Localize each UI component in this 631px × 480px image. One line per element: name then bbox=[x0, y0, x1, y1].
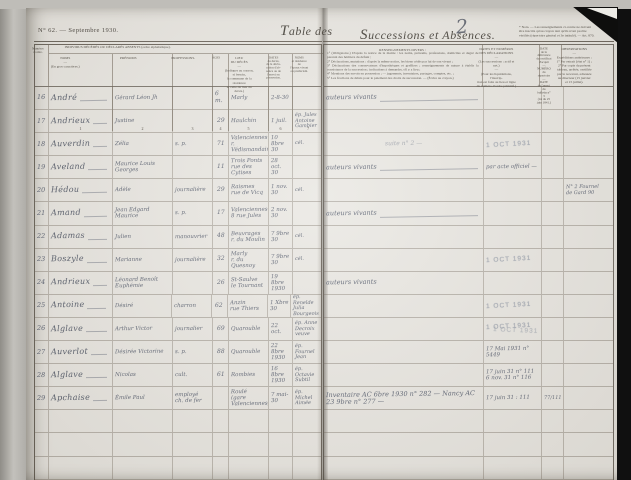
cell-date: 10 8bre 30 bbox=[269, 133, 293, 155]
name-flourish bbox=[91, 354, 107, 355]
scan-left-gutter bbox=[0, 0, 27, 480]
cell-date: 2 nov. 30 bbox=[269, 202, 293, 224]
lieu-deces: Valenciennes r. Védismandaine bbox=[231, 135, 269, 154]
cell-observations bbox=[564, 433, 613, 455]
cell-date: 7 mai-30 bbox=[269, 387, 293, 409]
cell-certificat: 77/111 bbox=[542, 387, 564, 409]
table-row: 22AdamasJulienmanouvrier48Beuvrages r. d… bbox=[35, 226, 321, 249]
cell-declarations bbox=[484, 272, 542, 294]
row-number: 25 bbox=[37, 302, 45, 309]
date-deces: 7 mai-30 bbox=[271, 392, 290, 404]
cell-lieu: Raismes rue de Vicq bbox=[229, 179, 269, 201]
cell-declarations: par acte officiel — bbox=[484, 156, 542, 178]
row-number: 23 bbox=[37, 256, 45, 263]
cell-renseignements: auteurs vivants bbox=[324, 272, 484, 294]
cell-renseignements bbox=[324, 249, 484, 271]
cell-age: 11 bbox=[213, 156, 229, 178]
declaration-note: par acte officiel — bbox=[486, 164, 537, 171]
age: 11 bbox=[217, 164, 225, 171]
cell-renseignements bbox=[324, 457, 484, 479]
cell-prenoms: Arthur Victor bbox=[113, 318, 173, 340]
conjoint: ép. Anne Decroix veuve bbox=[295, 321, 319, 338]
table-row: suite n° 2 —1 OCT 1931 bbox=[324, 133, 613, 156]
cell-lieu: Rombies bbox=[229, 364, 269, 386]
declarations-label: DATES ET NUMÉROS DES DÉCLARATIONS — (Les… bbox=[475, 47, 517, 88]
span-header-individus: INDIVIDUS DÉCÉDÉS OU DÉCLARÉS ABSENTS (o… bbox=[49, 45, 323, 54]
table-row: 18AuverdinZélias. p.71Valenciennes r. Vé… bbox=[35, 133, 321, 156]
name-flourish bbox=[93, 146, 107, 147]
col-header-observations: OBSERVATIONS — Expéditions antérieures :… bbox=[562, 45, 613, 86]
table-row bbox=[35, 410, 321, 433]
cell-age: 48 bbox=[213, 226, 229, 248]
table-row: 28AlglaveNicolascult.61Rombies16 8bre 19… bbox=[35, 364, 321, 387]
name-flourish bbox=[93, 285, 107, 286]
col-header-renseignements: RENSEIGNEMENTS DIVERS : 1° (Obligatoire.… bbox=[324, 45, 483, 86]
cell-nom: Alglave bbox=[49, 364, 113, 386]
lieu-deces: Haulchin bbox=[231, 118, 256, 124]
col-header-ages-label: ÂGES bbox=[210, 56, 221, 59]
cell-observations bbox=[564, 156, 613, 178]
date-stamp: 1 OCT 1931 bbox=[486, 301, 532, 310]
cell-numero: 29 bbox=[35, 387, 49, 409]
cell-date: 22 oct. bbox=[269, 318, 293, 340]
name-flourish bbox=[87, 308, 106, 309]
date-deces: 22 8bre 1930 bbox=[271, 343, 290, 361]
cell-declarations bbox=[484, 433, 542, 455]
col-header-conjoint-label: NOMS et résidence de l'époux vivant ou p… bbox=[288, 56, 310, 73]
cell-prenoms: Nicolas bbox=[113, 364, 173, 386]
cell-declarations bbox=[484, 202, 542, 224]
cell-renseignements bbox=[324, 179, 484, 201]
table-row: auteurs vivants bbox=[324, 272, 613, 295]
lieu-deces: Beuvrages r. du Moulin bbox=[231, 230, 265, 243]
profession: journalier bbox=[175, 326, 203, 332]
table-row bbox=[35, 433, 321, 456]
handwritten-page-number: 2 bbox=[455, 16, 469, 39]
cell-numero: 20 bbox=[35, 179, 49, 201]
col-number: 1 bbox=[65, 126, 97, 131]
cell-prenoms: Émile Paul bbox=[113, 387, 173, 409]
cell-age: 17 bbox=[213, 202, 229, 224]
col-number: 2 bbox=[128, 126, 158, 131]
cell-age bbox=[213, 410, 229, 432]
left-rows: 16AndréGérard Léon Jh6 m.Marly2-8-3017An… bbox=[35, 87, 321, 480]
cell-lieu: Valenciennes r. Védismandaine bbox=[229, 133, 269, 155]
name-flourish bbox=[88, 238, 107, 239]
table-row: 24AndrieuxLéonard Benoît Euphémie26St-Sa… bbox=[35, 272, 321, 295]
name-flourish bbox=[82, 192, 107, 193]
col-number: 4 bbox=[217, 126, 225, 131]
age: 17 bbox=[217, 210, 225, 217]
col-header-lieu-label: LIEU DU DÉCÈS — (Indiquer au crayon, si … bbox=[224, 56, 253, 93]
conjoint: ép. Renelde Julia Bourgeois bbox=[293, 295, 319, 317]
prenoms: Julien bbox=[115, 233, 131, 239]
nom: Apchaise bbox=[51, 394, 90, 403]
table-row bbox=[324, 410, 613, 433]
cell-age bbox=[213, 433, 229, 455]
cell-date: 7 9bre 30 bbox=[269, 226, 293, 248]
nom: Antoine bbox=[51, 301, 85, 310]
cell-profession: employé ch. de fer bbox=[173, 387, 213, 409]
scanned-ledger-image: N° 62. — Septembre 1930. Table des Succe… bbox=[0, 0, 631, 480]
col-header-professions: PROFESSIONS. 3 bbox=[173, 54, 213, 130]
cell-observations bbox=[564, 110, 613, 132]
cell-observations bbox=[564, 295, 613, 317]
cell-certificat bbox=[542, 410, 564, 432]
prenoms: Arthur Victor bbox=[115, 326, 152, 333]
cell-renseignements bbox=[324, 364, 484, 386]
cell-age bbox=[213, 457, 229, 479]
cell-date bbox=[269, 433, 293, 455]
table-row: 20HédouAdèlejournalière29Raismes rue de … bbox=[35, 179, 321, 202]
lieu-deces: Trois Ponts rue des Cytises bbox=[231, 158, 266, 177]
cell-profession: charron bbox=[172, 295, 212, 317]
age: 61 bbox=[217, 372, 225, 379]
nom: Auverdin bbox=[51, 140, 90, 149]
cell-prenoms: Adèle bbox=[113, 179, 173, 201]
name-flourish bbox=[84, 215, 107, 216]
cell-certificat bbox=[542, 433, 564, 455]
renseignements-note: auteurs vivants bbox=[326, 210, 377, 218]
cell-lieu: Anzin rue Thiers bbox=[228, 295, 268, 317]
prenoms: Léonard Benoît Euphémie bbox=[115, 276, 158, 289]
cell-observations: N° 2 Fournel de Gard 90 bbox=[564, 179, 613, 201]
col-number: 3 bbox=[183, 126, 203, 131]
date-deces: 28 oct. 30 bbox=[271, 158, 290, 176]
renseignements-note: suite n° 2 — bbox=[385, 141, 422, 148]
cell-nom: Boszyle bbox=[49, 249, 113, 271]
cell-observations bbox=[564, 249, 613, 271]
cell-observations bbox=[564, 387, 613, 409]
cell-date: 16 8bre 1930 bbox=[269, 364, 293, 386]
conjoint: cél. bbox=[295, 234, 304, 240]
age: 32 bbox=[217, 256, 225, 263]
cell-numero: 21 bbox=[35, 202, 49, 224]
profession: charron bbox=[174, 303, 196, 309]
cell-lieu: St-Saulve le Tournant bbox=[229, 272, 269, 294]
name-flourish bbox=[87, 262, 107, 263]
prenoms: Adèle bbox=[115, 187, 131, 193]
nom: Aveland bbox=[51, 163, 86, 172]
cell-declarations: 1 OCT 1931 bbox=[484, 133, 542, 155]
name-flourish bbox=[93, 400, 107, 401]
left-page-table: Numéros d'ordre. INDIVIDUS DÉCÉDÉS OU DÉ… bbox=[34, 44, 322, 480]
cell-prenoms bbox=[113, 433, 173, 455]
lieu-deces: Anzin rue Thiers bbox=[230, 300, 259, 312]
cell-declarations bbox=[484, 457, 542, 479]
cell-declarations: 17 Mai 1931 n° 5449 bbox=[484, 341, 542, 363]
table-row bbox=[324, 433, 613, 456]
table-row: 21AmandJean Edgard Maurices. p.17Valenci… bbox=[35, 202, 321, 225]
right-page-table: RENSEIGNEMENTS DIVERS : 1° (Obligatoire.… bbox=[323, 44, 614, 480]
lieu-deces: Marly bbox=[231, 95, 247, 101]
prenoms: Maurice Louis Georges bbox=[115, 161, 170, 174]
profession: cult. bbox=[175, 372, 187, 378]
row-number: 29 bbox=[37, 395, 45, 402]
cell-certificat bbox=[542, 249, 564, 271]
right-rows: auteurs vivantssuite n° 2 —1 OCT 1931aut… bbox=[324, 87, 613, 480]
cell-date: 22 8bre 1930 bbox=[269, 341, 293, 363]
table-row: 1 OCT 1931 bbox=[324, 249, 613, 272]
age: 88 bbox=[217, 349, 225, 356]
table-row: N° 2 Fournel de Gard 90 bbox=[324, 179, 613, 202]
age: 62 bbox=[215, 303, 223, 310]
declaration-note: 17 juin 31 : 111 bbox=[486, 395, 530, 402]
age: 29 bbox=[217, 187, 225, 194]
lieu-deces: Quarouble bbox=[231, 349, 260, 355]
cell-date bbox=[269, 410, 293, 432]
conjoint: cél. bbox=[295, 141, 304, 147]
cell-declarations bbox=[484, 410, 542, 432]
cell-numero: 26 bbox=[35, 318, 49, 340]
cell-nom: Auverlot bbox=[49, 341, 113, 363]
cell-age: 62 bbox=[212, 295, 228, 317]
cell-renseignements bbox=[324, 295, 484, 317]
cell-date: 28 oct. 30 bbox=[269, 156, 293, 178]
cell-numero: 23 bbox=[35, 249, 49, 271]
row-number: 26 bbox=[37, 325, 45, 332]
table-row bbox=[35, 457, 321, 480]
table-row: 27AuverlotDésirée Victorines. p.88Quarou… bbox=[35, 341, 321, 364]
cell-prenoms: Zélia bbox=[113, 133, 173, 155]
cell-prenoms: Julien bbox=[113, 226, 173, 248]
nom: Amand bbox=[51, 209, 81, 218]
col-header-declarations: DATES ET NUMÉROS DES DÉCLARATIONS — (Les… bbox=[483, 45, 540, 86]
profession: manouvrier bbox=[175, 233, 207, 239]
date-stamp: 1 OCT 1931 bbox=[486, 140, 532, 149]
cell-lieu: Marly r. du Quesnoy bbox=[229, 249, 269, 271]
cell-profession bbox=[173, 156, 213, 178]
row-number: 18 bbox=[37, 141, 45, 148]
issue-label: N° 62. — Septembre 1930. bbox=[38, 27, 118, 34]
cell-numero: 18 bbox=[35, 133, 49, 155]
cell-lieu bbox=[229, 457, 269, 479]
cell-lieu: Quarouble bbox=[229, 318, 269, 340]
cell-profession bbox=[173, 272, 213, 294]
cell-certificat bbox=[542, 110, 564, 132]
lieu-deces: Raismes rue de Vicq bbox=[231, 184, 263, 197]
cell-nom: Amand bbox=[49, 202, 113, 224]
cell-profession bbox=[173, 410, 213, 432]
cell-certificat bbox=[542, 457, 564, 479]
cell-nom: Antoine bbox=[49, 295, 113, 317]
table-row bbox=[324, 457, 613, 480]
lieu-deces: Marly r. du Quesnoy bbox=[231, 250, 266, 269]
profession: s. p. bbox=[175, 349, 187, 355]
cell-numero bbox=[35, 457, 49, 479]
cell-prenoms: Jean Edgard Maurice bbox=[113, 202, 173, 224]
name-flourish bbox=[86, 377, 107, 378]
table-row: 19AvelandMaurice Louis Georges11Trois Po… bbox=[35, 156, 321, 179]
cell-renseignements bbox=[324, 341, 484, 363]
date-deces: 7 9bre 30 bbox=[271, 230, 290, 242]
date-deces: 7 9bre 30 bbox=[271, 254, 290, 266]
profession: employé ch. de fer bbox=[175, 392, 202, 404]
cell-renseignements bbox=[324, 110, 484, 132]
date-deces: 10 8bre 30 bbox=[271, 135, 290, 153]
renseignements-note: Inventaire AC 6bre 1930 n° 282 — Nancy A… bbox=[326, 390, 481, 406]
nom: Alglave bbox=[51, 324, 83, 333]
cell-nom: Adamas bbox=[49, 226, 113, 248]
cell-nom bbox=[49, 457, 113, 479]
nom: Alglave bbox=[51, 371, 83, 380]
cell-numero: 22 bbox=[35, 226, 49, 248]
prenoms: Nicolas bbox=[115, 372, 136, 378]
date-deces: 2-8-30 bbox=[271, 95, 289, 101]
prenoms: Justine bbox=[115, 118, 134, 124]
lieu-deces: Valenciennes 8 rue Jules bbox=[231, 207, 268, 220]
cell-lieu: Roulé (gare Valenciennes) bbox=[229, 387, 269, 409]
cell-nom: Andrieux bbox=[49, 272, 113, 294]
date-deces: 19 8bre 1930 bbox=[271, 274, 290, 292]
cell-profession: journalier bbox=[173, 318, 213, 340]
cell-observations bbox=[564, 410, 613, 432]
cell-certificat bbox=[542, 364, 564, 386]
conjoint: ép. Octavie Subtil bbox=[295, 367, 319, 384]
right-table-header: RENSEIGNEMENTS DIVERS : 1° (Obligatoire.… bbox=[324, 45, 613, 87]
cell-profession: cult. bbox=[173, 364, 213, 386]
cell-numero: 28 bbox=[35, 364, 49, 386]
renseignements-note: auteurs vivants bbox=[326, 279, 377, 287]
cell-age: 88 bbox=[213, 341, 229, 363]
cell-profession: s. p. bbox=[173, 202, 213, 224]
cell-certificat bbox=[542, 341, 564, 363]
cell-age: 32 bbox=[213, 249, 229, 271]
nom: Adamas bbox=[51, 232, 85, 241]
cell-nom bbox=[49, 410, 113, 432]
ledger-page: N° 62. — Septembre 1930. Table des Succe… bbox=[26, 8, 617, 480]
cell-certificat bbox=[542, 202, 564, 224]
cell-nom: Hédou bbox=[49, 179, 113, 201]
cell-prenoms bbox=[113, 410, 173, 432]
date-deces: 1 Xbre 30 bbox=[269, 300, 288, 312]
col-header-professions-label: PROFESSIONS. bbox=[168, 56, 197, 60]
cell-profession bbox=[173, 457, 213, 479]
prenoms: Désirée Victorine bbox=[115, 349, 164, 356]
conjoint: cél. bbox=[295, 188, 304, 194]
cell-renseignements: auteurs vivants bbox=[324, 202, 484, 224]
cell-date: 19 8bre 1930 bbox=[269, 272, 293, 294]
cell-declarations: 1 OCT 1931 bbox=[484, 295, 542, 317]
date-deces: 2 nov. 30 bbox=[271, 207, 290, 219]
cell-declarations bbox=[484, 226, 542, 248]
table-row bbox=[324, 110, 613, 133]
profession: journalière bbox=[175, 187, 206, 193]
conjoint: ép. Fournel Jean bbox=[295, 344, 319, 361]
cell-declarations bbox=[484, 87, 542, 109]
cell-prenoms: Marianne bbox=[113, 249, 173, 271]
cell-lieu bbox=[229, 433, 269, 455]
cell-prenoms: Désiré bbox=[113, 295, 173, 317]
cell-age: 29 bbox=[213, 179, 229, 201]
cell-lieu: Valenciennes 8 rue Jules bbox=[229, 202, 269, 224]
table-row: 17 juin 31 n° 111 6 nov. 31 n° 116 bbox=[324, 364, 613, 387]
cell-numero: 19 bbox=[35, 156, 49, 178]
cell-profession: journalière bbox=[173, 249, 213, 271]
row-number: 24 bbox=[37, 279, 45, 286]
table-row bbox=[324, 226, 613, 249]
cell-numero: 27 bbox=[35, 341, 49, 363]
date-deces: 1 juil. bbox=[271, 118, 287, 124]
left-header-rest: INDIVIDUS DÉCÉDÉS OU DÉCLARÉS ABSENTS (o… bbox=[49, 45, 323, 86]
cell-observations bbox=[564, 318, 613, 340]
table-row: 26AlglaveArthur Victorjournalier69Quarou… bbox=[35, 318, 321, 341]
lieu-deces: Rombies bbox=[231, 372, 255, 378]
cell-nom: Apchaise bbox=[49, 387, 113, 409]
nom: Boszyle bbox=[51, 255, 84, 264]
col-header-prenoms-label: PRÉNOMS bbox=[106, 56, 150, 60]
cell-profession: s. p. bbox=[173, 133, 213, 155]
age: 48 bbox=[217, 233, 225, 240]
date-deces: 16 8bre 1930 bbox=[271, 366, 290, 384]
prenoms: Zélia bbox=[115, 141, 129, 147]
cell-certificat bbox=[542, 133, 564, 155]
cell-date: 1 Xbre 30 bbox=[268, 295, 292, 317]
cell-profession: manouvrier bbox=[173, 226, 213, 248]
cell-prenoms: Léonard Benoît Euphémie bbox=[113, 272, 173, 294]
certificat-label: DATE de la délivrance du certificat d'ac… bbox=[536, 47, 551, 105]
declaration-note: 17 juin 31 n° 111 6 nov. 31 n° 116 bbox=[486, 369, 535, 382]
cell-age: 71 bbox=[213, 133, 229, 155]
cell-lieu: Trois Ponts rue des Cytises bbox=[229, 156, 269, 178]
cell-prenoms: Désirée Victorine bbox=[113, 341, 173, 363]
cell-declarations: 17 juin 31 : 111 bbox=[484, 387, 542, 409]
prenoms: Désiré bbox=[114, 303, 132, 309]
nom: Auverlot bbox=[51, 347, 88, 356]
name-flourish bbox=[86, 331, 107, 332]
cell-declarations: 1 OCT 19311 OCT 1931 bbox=[484, 318, 542, 340]
cell-lieu: Quarouble bbox=[229, 341, 269, 363]
renseignements-note: auteurs vivants bbox=[326, 163, 377, 171]
cell-profession bbox=[173, 433, 213, 455]
conjoint: cél. bbox=[295, 257, 304, 263]
nom: André bbox=[51, 93, 77, 102]
conjoint: ép. Jules Antoine Gambier bbox=[295, 113, 319, 130]
cell-certificat bbox=[542, 272, 564, 294]
date-deces: 1 nov. 30 bbox=[271, 184, 290, 196]
cell-numero: 16 bbox=[35, 87, 49, 109]
cell-observations bbox=[564, 341, 613, 363]
row-number: 22 bbox=[37, 233, 45, 240]
lieu-deces: Roulé (gare Valenciennes) bbox=[231, 389, 269, 408]
col-number: 6 bbox=[275, 126, 287, 131]
cell-prenoms: Maurice Louis Georges bbox=[113, 156, 173, 178]
nom: Andrieux bbox=[51, 116, 90, 125]
cell-renseignements bbox=[324, 318, 484, 340]
declaration-note: 17 Mai 1931 n° 5449 bbox=[486, 346, 539, 359]
cell-age: 69 bbox=[213, 318, 229, 340]
cell-lieu: Beuvrages r. du Moulin bbox=[229, 226, 269, 248]
observation-note: N° 2 Fournel de Gard 90 bbox=[566, 185, 599, 196]
cell-observations bbox=[564, 202, 613, 224]
cell-renseignements: Inventaire AC 6bre 1930 n° 282 — Nancy A… bbox=[324, 387, 484, 409]
row-number: 27 bbox=[37, 348, 45, 355]
cell-age: 61 bbox=[213, 364, 229, 386]
conjoint: ép. Michel Aimée bbox=[295, 390, 319, 407]
cell-nom: Auverdin bbox=[49, 133, 113, 155]
cell-renseignements bbox=[324, 226, 484, 248]
row-number: 28 bbox=[37, 372, 45, 379]
note-flourish bbox=[380, 168, 478, 171]
cell-renseignements: auteurs vivants bbox=[324, 156, 484, 178]
date-stamp: 1 OCT 1931 bbox=[486, 255, 532, 264]
cell-observations bbox=[564, 133, 613, 155]
prenoms: Gérard Léon Jh bbox=[115, 95, 158, 102]
table-row: 23BoszyleMariannejournalière32Marly r. d… bbox=[35, 249, 321, 272]
certificat-note: 77/111 bbox=[544, 395, 562, 401]
cell-date bbox=[269, 457, 293, 479]
table-row: 17 Mai 1931 n° 5449 bbox=[324, 341, 613, 364]
